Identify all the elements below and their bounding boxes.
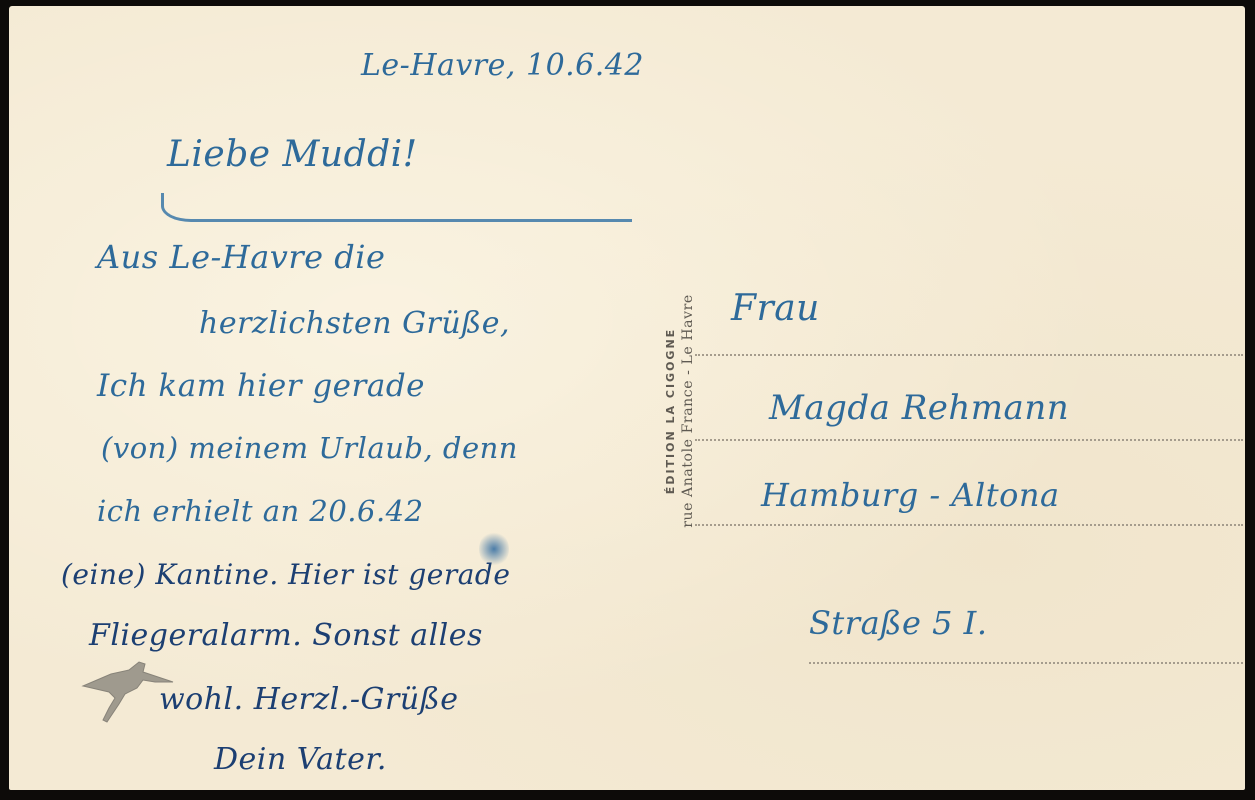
recipient-city: Hamburg - Altona xyxy=(761,476,1060,514)
publisher-imprint: ÉDITION LA CIGOGNE rue Anatole France - … xyxy=(664,256,704,566)
message-line: Ich kam hier gerade xyxy=(97,368,425,404)
signature: Dein Vater. xyxy=(214,742,387,777)
imprint-edition: ÉDITION LA CIGOGNE xyxy=(664,256,677,566)
message-line: herzlichsten Grüße, xyxy=(199,306,510,341)
address-line-3 xyxy=(695,524,1243,526)
salutation: Liebe Muddi! xyxy=(167,134,418,175)
address-line-4 xyxy=(809,662,1243,664)
message-line: wohl. Herzl.-Grüße xyxy=(159,682,458,717)
stork-icon xyxy=(81,658,181,728)
address-line-2 xyxy=(695,439,1243,441)
address-line-1 xyxy=(695,354,1243,356)
imprint-address: rue Anatole France - Le Havre xyxy=(680,256,696,566)
message-line: Aus Le-Havre die xyxy=(97,238,385,276)
place-date: Le-Havre, 10.6.42 xyxy=(361,48,644,83)
recipient-street: Straße 5 I. xyxy=(809,604,987,642)
message-line: (eine) Kantine. Hier ist gerade xyxy=(61,558,510,591)
salutation-underline xyxy=(161,193,632,222)
message-line: (von) meinem Urlaub, denn xyxy=(101,431,518,465)
recipient-name: Magda Rehmann xyxy=(769,388,1069,428)
message-line: ich erhielt an 20.6.42 xyxy=(97,494,424,528)
recipient-title: Frau xyxy=(731,288,820,329)
message-line: Fliegeralarm. Sonst alles xyxy=(89,618,483,653)
postcard-back: Le-Havre, 10.6.42 Liebe Muddi! Aus Le-Ha… xyxy=(9,6,1245,790)
